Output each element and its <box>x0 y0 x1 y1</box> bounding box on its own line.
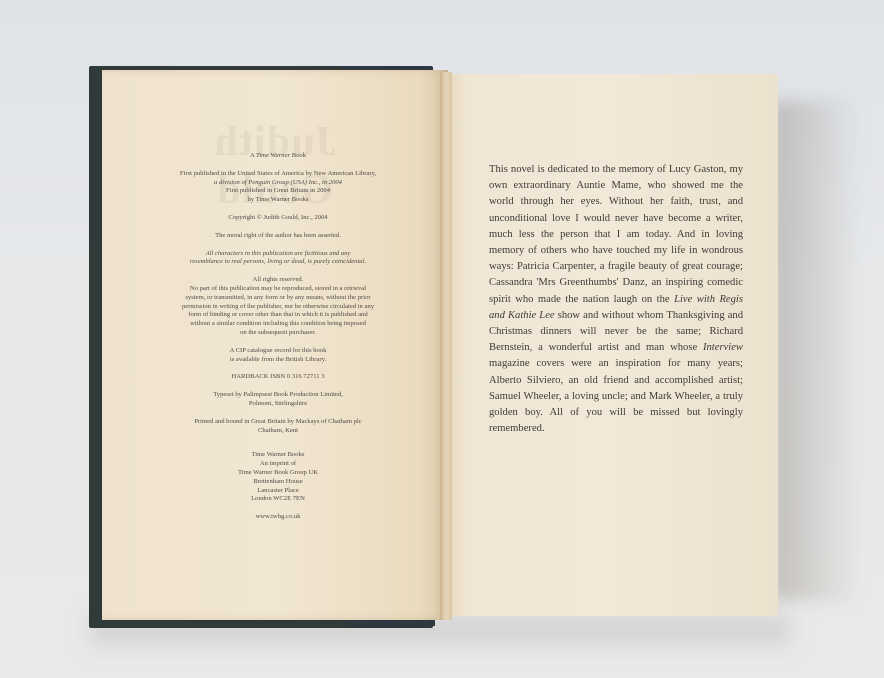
fiction-disclaimer: All characters in this publication are f… <box>135 250 421 268</box>
publisher-address: Time Warner Books An imprint of Time War… <box>135 451 421 504</box>
cip-record: A CIP catalogue record for this book is … <box>135 347 421 365</box>
printer-credit: Printed and bound in Great Britain by Ma… <box>135 418 421 436</box>
publication-history: First published in the United States of … <box>135 170 421 205</box>
publisher-website: www.twbg.co.uk <box>135 513 421 522</box>
isbn: HARDBACK ISBN 0 316 72711 3 <box>135 373 421 382</box>
typeset-credit: Typeset by Palimpsest Book Production Li… <box>135 391 421 409</box>
copyright-notice: Copyright © Judith Gould, Inc., 2004 <box>135 214 421 223</box>
dedication: This novel is dedicated to the memory of… <box>489 162 743 437</box>
copyright-imprint: A Time Warner Book First published in th… <box>135 152 421 531</box>
book-shadow-right <box>770 100 860 600</box>
book-gutter <box>440 72 452 620</box>
moral-right: The moral right of the author has been a… <box>135 232 421 241</box>
publisher-line: A Time Warner Book <box>135 152 421 161</box>
rights-statement: All rights reserved. No part of this pub… <box>135 276 421 338</box>
